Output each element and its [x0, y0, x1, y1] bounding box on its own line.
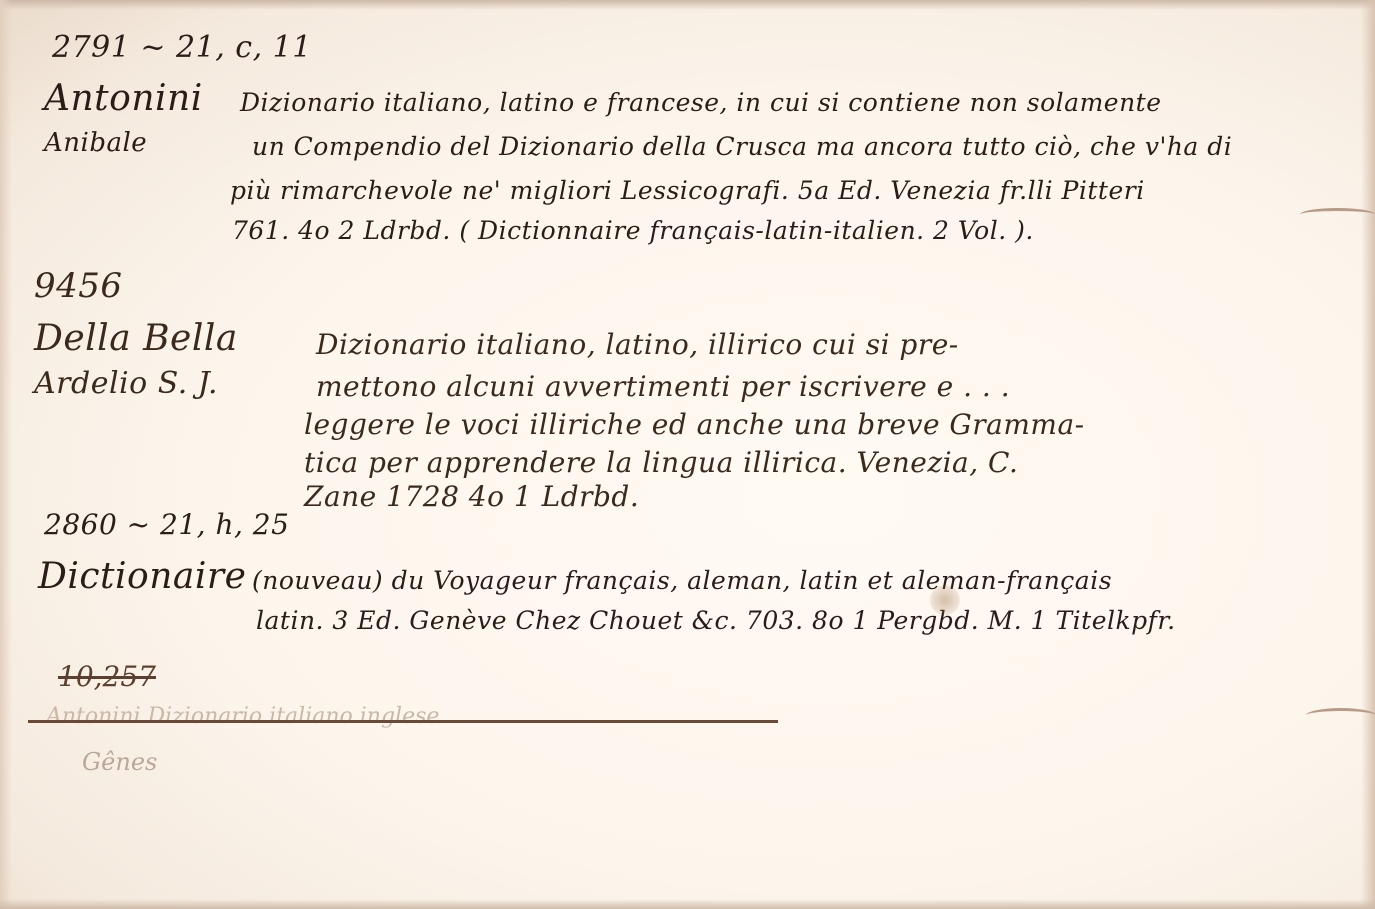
- pencil-mark: [1306, 708, 1375, 723]
- entry-line: (nouveau) du Voyageur français, aleman, …: [252, 566, 1112, 595]
- entry-line: più rimarchevole ne' migliori Lessicogra…: [230, 176, 1145, 205]
- strike-through-line: [28, 720, 778, 723]
- author-given-name: Anibale: [44, 128, 147, 158]
- author-surname: Antonini: [44, 78, 203, 119]
- faint-note: Gênes: [82, 748, 157, 776]
- entry-line: Dizionario italiano, latino, illirico cu…: [316, 328, 959, 361]
- paper-edge-bottom: [0, 899, 1375, 909]
- ink-stain: [930, 585, 960, 615]
- entry-line: Zane 1728 4o 1 Ldrbd.: [304, 480, 639, 513]
- entry-line: Dizionario italiano, latino e francese, …: [240, 88, 1162, 117]
- paper-edge-top: [0, 0, 1375, 10]
- pencil-mark: [1300, 208, 1375, 221]
- entry-line: 761. 4o 2 Ldrbd. ( Dictionnaire français…: [232, 216, 1034, 245]
- author-surname: Della Bella: [34, 318, 238, 359]
- catalog-card: 2791 ~ 21, c, 11 Antonini Anibale Dizion…: [0, 0, 1375, 909]
- paper-edge-left: [0, 0, 12, 909]
- struck-call-number: 10,257: [58, 660, 156, 693]
- call-number: 2860 ~ 21, h, 25: [44, 508, 289, 541]
- call-number: 2791 ~ 21, c, 11: [52, 30, 312, 65]
- entry-line: latin. 3 Ed. Genève Chez Chouet &c. 703.…: [256, 606, 1176, 635]
- entry-line: leggere le voci illiriche ed anche una b…: [304, 408, 1085, 441]
- entry-line: tica per apprendere la lingua illirica. …: [304, 446, 1018, 479]
- entry-line: mettono alcuni avvertimenti per iscriver…: [316, 370, 1010, 403]
- author-surname: Dictionaire: [38, 556, 246, 597]
- call-number: 9456: [34, 266, 123, 306]
- paper-edge-right: [1361, 0, 1375, 909]
- author-given-name: Ardelio S. J.: [34, 366, 218, 401]
- entry-line: un Compendio del Dizionario della Crusca…: [252, 132, 1232, 161]
- struck-entry-line: Antonini Dizionario italiano inglese: [46, 704, 439, 729]
